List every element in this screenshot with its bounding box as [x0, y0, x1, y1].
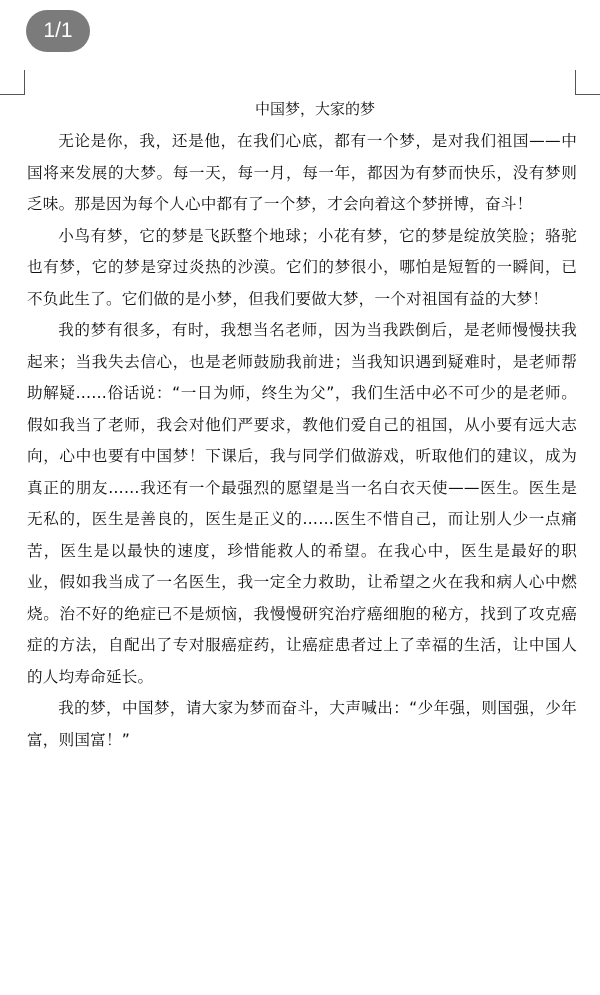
document-page: 中国梦，大家的梦 无论是你，我，还是他，在我们心底，都有一个梦，是对我们祖国——… [27, 96, 577, 756]
paragraph-3: 我的梦有很多，有时，我想当名老师，因为当我跌倒后，是老师慢慢扶我起来；当我失去信… [27, 315, 577, 693]
paragraph-1: 无论是你，我，还是他，在我们心底，都有一个梦，是对我们祖国——中国将来发展的大梦… [27, 126, 577, 221]
page-indicator: 1/1 [26, 10, 90, 52]
document-title: 中国梦，大家的梦 [53, 96, 577, 122]
paragraph-2: 小鸟有梦，它的梦是飞跃整个地球；小花有梦，它的梦是绽放笑脸；骆驼也有梦，它的梦是… [27, 221, 577, 316]
paragraph-4: 我的梦，中国梦，请大家为梦而奋斗，大声喊出：“少年强，则国强，少年富，则国富！” [27, 693, 577, 756]
page-corner-mark-top-left [0, 70, 25, 95]
page-corner-mark-top-right [575, 70, 600, 95]
